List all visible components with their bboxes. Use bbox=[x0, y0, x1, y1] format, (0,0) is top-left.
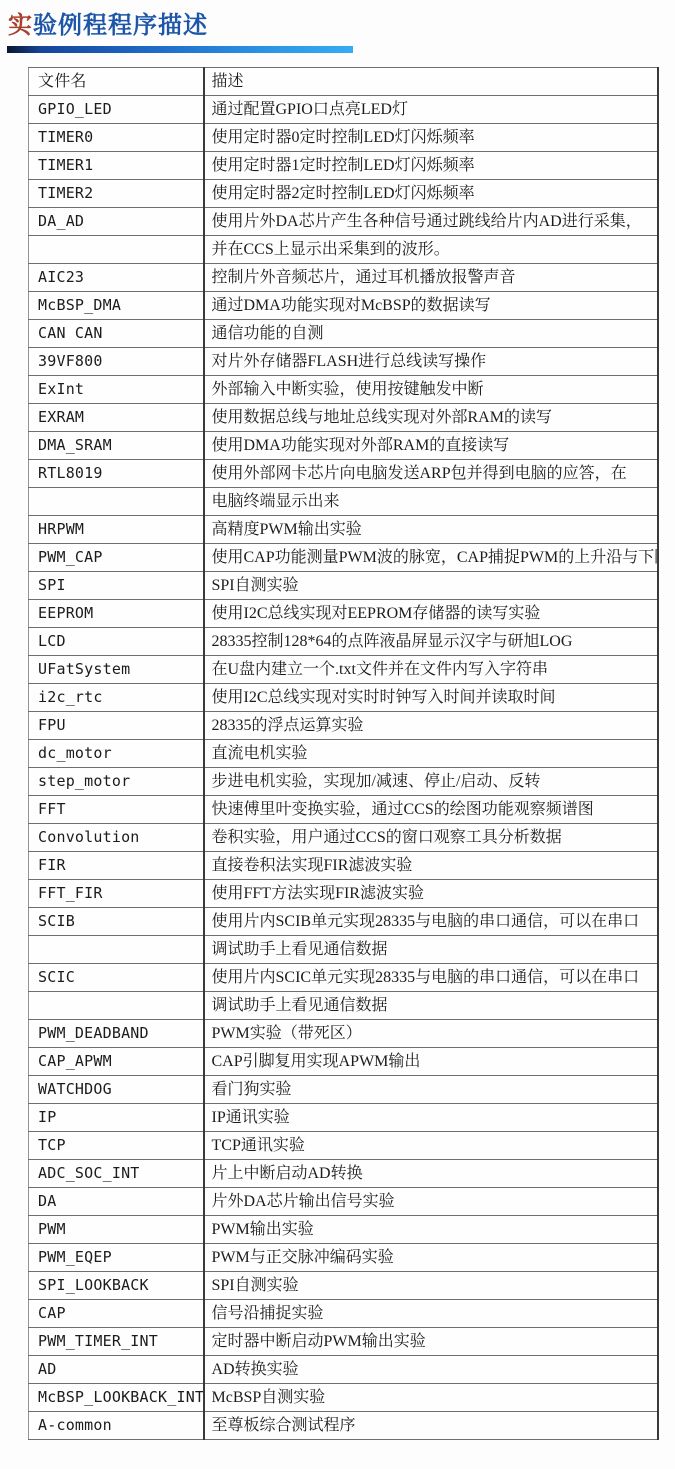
file-cell: TIMER2 bbox=[29, 179, 204, 207]
page-header: 实验例程程序描述 bbox=[0, 0, 675, 53]
file-cell: SCIC bbox=[29, 963, 204, 991]
desc-cell: 快速傅里叶变换实验，通过CCS的绘图功能观察频谱图 bbox=[204, 795, 658, 823]
desc-cell: 28335的浮点运算实验 bbox=[204, 711, 658, 739]
desc-cell: AD转换实验 bbox=[204, 1355, 658, 1383]
table-row: 并在CCS上显示出采集到的波形。 bbox=[29, 235, 658, 263]
table-row: 39VF800对片外存储器FLASH进行总线读写操作 bbox=[29, 347, 658, 375]
file-cell: EXRAM bbox=[29, 403, 204, 431]
desc-cell: 使用I2C总线实现对EEPROM存储器的读写实验 bbox=[204, 599, 658, 627]
file-cell: McBSP_LOOKBACK_INT bbox=[29, 1383, 204, 1411]
desc-cell: CAP引脚复用实现APWM输出 bbox=[204, 1047, 658, 1075]
table-row: FFT快速傅里叶变换实验，通过CCS的绘图功能观察频谱图 bbox=[29, 795, 658, 823]
file-cell: SCIB bbox=[29, 907, 204, 935]
desc-cell: 使用FFT方法实现FIR滤波实验 bbox=[204, 879, 658, 907]
table-row: FPU28335的浮点运算实验 bbox=[29, 711, 658, 739]
file-cell: TCP bbox=[29, 1131, 204, 1159]
desc-cell: 使用数据总线与地址总线实现对外部RAM的读写 bbox=[204, 403, 658, 431]
column-header-description: 描述 bbox=[204, 67, 658, 95]
desc-cell: 在U盘内建立一个.txt文件并在文件内写入字符串 bbox=[204, 655, 658, 683]
file-cell: HRPWM bbox=[29, 515, 204, 543]
file-cell: IP bbox=[29, 1103, 204, 1131]
desc-cell: TCP通讯实验 bbox=[204, 1131, 658, 1159]
table-row: ExInt外部输入中断实验，使用按键触发中断 bbox=[29, 375, 658, 403]
table-row: EXRAM使用数据总线与地址总线实现对外部RAM的读写 bbox=[29, 403, 658, 431]
table-row: SCIB使用片内SCIB单元实现28335与电脑的串口通信，可以在串口 bbox=[29, 907, 658, 935]
file-cell: GPIO_LED bbox=[29, 95, 204, 123]
file-cell: CAP bbox=[29, 1299, 204, 1327]
table-row: SCIC使用片内SCIC单元实现28335与电脑的串口通信，可以在串口 bbox=[29, 963, 658, 991]
file-cell: FIR bbox=[29, 851, 204, 879]
file-cell bbox=[29, 235, 204, 263]
table-row: HRPWM高精度PWM输出实验 bbox=[29, 515, 658, 543]
table-row: McBSP_DMA通过DMA功能实现对McBSP的数据读写 bbox=[29, 291, 658, 319]
table-row: A-common至尊板综合测试程序 bbox=[29, 1411, 658, 1439]
file-cell: DA_AD bbox=[29, 207, 204, 235]
file-cell: PWM_TIMER_INT bbox=[29, 1327, 204, 1355]
desc-cell: 片外DA芯片输出信号实验 bbox=[204, 1187, 658, 1215]
desc-cell: 直流电机实验 bbox=[204, 739, 658, 767]
title-underline-bar bbox=[7, 46, 353, 53]
file-cell: FFT_FIR bbox=[29, 879, 204, 907]
desc-cell: 高精度PWM输出实验 bbox=[204, 515, 658, 543]
desc-cell: 看门狗实验 bbox=[204, 1075, 658, 1103]
table-row: ADC_SOC_INT片上中断启动AD转换 bbox=[29, 1159, 658, 1187]
file-cell: CAN CAN bbox=[29, 319, 204, 347]
desc-cell: 对片外存储器FLASH进行总线读写操作 bbox=[204, 347, 658, 375]
file-cell: FFT bbox=[29, 795, 204, 823]
table-row: McBSP_LOOKBACK_INTMcBSP自测实验 bbox=[29, 1383, 658, 1411]
file-cell: DA bbox=[29, 1187, 204, 1215]
desc-cell: 使用定时器1定时控制LED灯闪烁频率 bbox=[204, 151, 658, 179]
file-cell: Convolution bbox=[29, 823, 204, 851]
table-row: CAP信号沿捕捉实验 bbox=[29, 1299, 658, 1327]
file-cell: CAP_APWM bbox=[29, 1047, 204, 1075]
desc-cell: 片上中断启动AD转换 bbox=[204, 1159, 658, 1187]
file-cell: FPU bbox=[29, 711, 204, 739]
file-cell: 39VF800 bbox=[29, 347, 204, 375]
table-row: UFatSystem在U盘内建立一个.txt文件并在文件内写入字符串 bbox=[29, 655, 658, 683]
desc-cell: 并在CCS上显示出采集到的波形。 bbox=[204, 235, 658, 263]
file-cell: McBSP_DMA bbox=[29, 291, 204, 319]
file-cell: AD bbox=[29, 1355, 204, 1383]
desc-cell: 28335控制128*64的点阵液晶屏显示汉字与研旭LOG bbox=[204, 627, 658, 655]
table-header: 文件名 描述 bbox=[29, 67, 658, 95]
desc-cell: 通过配置GPIO口点亮LED灯 bbox=[204, 95, 658, 123]
desc-cell: 通信功能的自测 bbox=[204, 319, 658, 347]
file-cell: step_motor bbox=[29, 767, 204, 795]
table-row: EEPROM使用I2C总线实现对EEPROM存储器的读写实验 bbox=[29, 599, 658, 627]
desc-cell: SPI自测实验 bbox=[204, 571, 658, 599]
table-row: TIMER2使用定时器2定时控制LED灯闪烁频率 bbox=[29, 179, 658, 207]
file-cell: LCD bbox=[29, 627, 204, 655]
table-row: IPIP通讯实验 bbox=[29, 1103, 658, 1131]
desc-cell: McBSP自测实验 bbox=[204, 1383, 658, 1411]
table-row: TIMER0使用定时器0定时控制LED灯闪烁频率 bbox=[29, 123, 658, 151]
table-row: TCPTCP通讯实验 bbox=[29, 1131, 658, 1159]
desc-cell: 调试助手上看见通信数据 bbox=[204, 935, 658, 963]
desc-cell: 使用定时器0定时控制LED灯闪烁频率 bbox=[204, 123, 658, 151]
table-row: SPISPI自测实验 bbox=[29, 571, 658, 599]
desc-cell: PWM输出实验 bbox=[204, 1215, 658, 1243]
desc-cell: 定时器中断启动PWM输出实验 bbox=[204, 1327, 658, 1355]
desc-cell: IP通讯实验 bbox=[204, 1103, 658, 1131]
file-cell: ExInt bbox=[29, 375, 204, 403]
file-cell: UFatSystem bbox=[29, 655, 204, 683]
file-cell: WATCHDOG bbox=[29, 1075, 204, 1103]
desc-cell: SPI自测实验 bbox=[204, 1271, 658, 1299]
table-row: i2c_rtc使用I2C总线实现对实时时钟写入时间并读取时间 bbox=[29, 683, 658, 711]
file-cell: PWM_DEADBAND bbox=[29, 1019, 204, 1047]
desc-cell: 信号沿捕捉实验 bbox=[204, 1299, 658, 1327]
file-cell: PWM_CAP bbox=[29, 543, 204, 571]
table-row: DMA_SRAM使用DMA功能实现对外部RAM的直接读写 bbox=[29, 431, 658, 459]
desc-cell: 使用片内SCIB单元实现28335与电脑的串口通信，可以在串口 bbox=[204, 907, 658, 935]
desc-cell: 使用DMA功能实现对外部RAM的直接读写 bbox=[204, 431, 658, 459]
column-header-filename: 文件名 bbox=[29, 67, 204, 95]
table-row: TIMER1使用定时器1定时控制LED灯闪烁频率 bbox=[29, 151, 658, 179]
table-row: 调试助手上看见通信数据 bbox=[29, 935, 658, 963]
file-cell: TIMER0 bbox=[29, 123, 204, 151]
file-cell bbox=[29, 935, 204, 963]
table-row: Convolution卷积实验，用户通过CCS的窗口观察工具分析数据 bbox=[29, 823, 658, 851]
file-cell: PWM bbox=[29, 1215, 204, 1243]
table-row: CAN CAN通信功能的自测 bbox=[29, 319, 658, 347]
file-cell: dc_motor bbox=[29, 739, 204, 767]
desc-cell: 至尊板综合测试程序 bbox=[204, 1411, 658, 1439]
table-row: 调试助手上看见通信数据 bbox=[29, 991, 658, 1019]
header-row: 文件名 描述 bbox=[29, 67, 658, 95]
desc-cell: 使用I2C总线实现对实时时钟写入时间并读取时间 bbox=[204, 683, 658, 711]
table-row: PWM_TIMER_INT定时器中断启动PWM输出实验 bbox=[29, 1327, 658, 1355]
desc-cell: PWM实验（带死区） bbox=[204, 1019, 658, 1047]
file-cell: SPI bbox=[29, 571, 204, 599]
desc-cell: 控制片外音频芯片，通过耳机播放报警声音 bbox=[204, 263, 658, 291]
table-row: dc_motor直流电机实验 bbox=[29, 739, 658, 767]
page-title: 实验例程程序描述 bbox=[8, 12, 675, 41]
file-cell: DMA_SRAM bbox=[29, 431, 204, 459]
table-row: PWM_CAP使用CAP功能测量PWM波的脉宽，CAP捕捉PWM的上升沿与下降沿 bbox=[29, 543, 658, 571]
table-row: DA_AD使用片外DA芯片产生各种信号通过跳线给片内AD进行采集， bbox=[29, 207, 658, 235]
desc-cell: 使用CAP功能测量PWM波的脉宽，CAP捕捉PWM的上升沿与下降沿 bbox=[204, 543, 658, 571]
table-row: CAP_APWMCAP引脚复用实现APWM输出 bbox=[29, 1047, 658, 1075]
table-row: DA片外DA芯片输出信号实验 bbox=[29, 1187, 658, 1215]
table-row: LCD28335控制128*64的点阵液晶屏显示汉字与研旭LOG bbox=[29, 627, 658, 655]
table-row: FFT_FIR使用FFT方法实现FIR滤波实验 bbox=[29, 879, 658, 907]
file-cell: RTL8019 bbox=[29, 459, 204, 487]
desc-cell: 使用定时器2定时控制LED灯闪烁频率 bbox=[204, 179, 658, 207]
programs-table: 文件名 描述 GPIO_LED通过配置GPIO口点亮LED灯TIMER0使用定时… bbox=[28, 67, 659, 1440]
desc-cell: 外部输入中断实验，使用按键触发中断 bbox=[204, 375, 658, 403]
desc-cell: 调试助手上看见通信数据 bbox=[204, 991, 658, 1019]
table-row: PWMPWM输出实验 bbox=[29, 1215, 658, 1243]
desc-cell: 直接卷积法实现FIR滤波实验 bbox=[204, 851, 658, 879]
file-cell bbox=[29, 991, 204, 1019]
desc-cell: 电脑终端显示出来 bbox=[204, 487, 658, 515]
table-row: ADAD转换实验 bbox=[29, 1355, 658, 1383]
table-row: RTL8019使用外部网卡芯片向电脑发送ARP包并得到电脑的应答，在 bbox=[29, 459, 658, 487]
file-cell bbox=[29, 487, 204, 515]
desc-cell: 卷积实验，用户通过CCS的窗口观察工具分析数据 bbox=[204, 823, 658, 851]
desc-cell: 通过DMA功能实现对McBSP的数据读写 bbox=[204, 291, 658, 319]
table-row: 电脑终端显示出来 bbox=[29, 487, 658, 515]
table-row: WATCHDOG看门狗实验 bbox=[29, 1075, 658, 1103]
table-body: GPIO_LED通过配置GPIO口点亮LED灯TIMER0使用定时器0定时控制L… bbox=[29, 95, 658, 1439]
table-row: SPI_LOOKBACKSPI自测实验 bbox=[29, 1271, 658, 1299]
file-cell: i2c_rtc bbox=[29, 683, 204, 711]
file-cell: SPI_LOOKBACK bbox=[29, 1271, 204, 1299]
file-cell: A-common bbox=[29, 1411, 204, 1439]
table-row: FIR直接卷积法实现FIR滤波实验 bbox=[29, 851, 658, 879]
file-cell: TIMER1 bbox=[29, 151, 204, 179]
desc-cell: 步进电机实验，实现加/减速、停止/启动、反转 bbox=[204, 767, 658, 795]
table-row: step_motor步进电机实验，实现加/减速、停止/启动、反转 bbox=[29, 767, 658, 795]
file-cell: EEPROM bbox=[29, 599, 204, 627]
table-row: GPIO_LED通过配置GPIO口点亮LED灯 bbox=[29, 95, 658, 123]
desc-cell: 使用片内SCIC单元实现28335与电脑的串口通信，可以在串口 bbox=[204, 963, 658, 991]
desc-cell: 使用外部网卡芯片向电脑发送ARP包并得到电脑的应答，在 bbox=[204, 459, 658, 487]
desc-cell: 使用片外DA芯片产生各种信号通过跳线给片内AD进行采集， bbox=[204, 207, 658, 235]
table-row: PWM_DEADBANDPWM实验（带死区） bbox=[29, 1019, 658, 1047]
desc-cell: PWM与正交脉冲编码实验 bbox=[204, 1243, 658, 1271]
table-row: PWM_EQEPPWM与正交脉冲编码实验 bbox=[29, 1243, 658, 1271]
file-cell: PWM_EQEP bbox=[29, 1243, 204, 1271]
table-row: AIC23控制片外音频芯片，通过耳机播放报警声音 bbox=[29, 263, 658, 291]
file-cell: AIC23 bbox=[29, 263, 204, 291]
file-cell: ADC_SOC_INT bbox=[29, 1159, 204, 1187]
